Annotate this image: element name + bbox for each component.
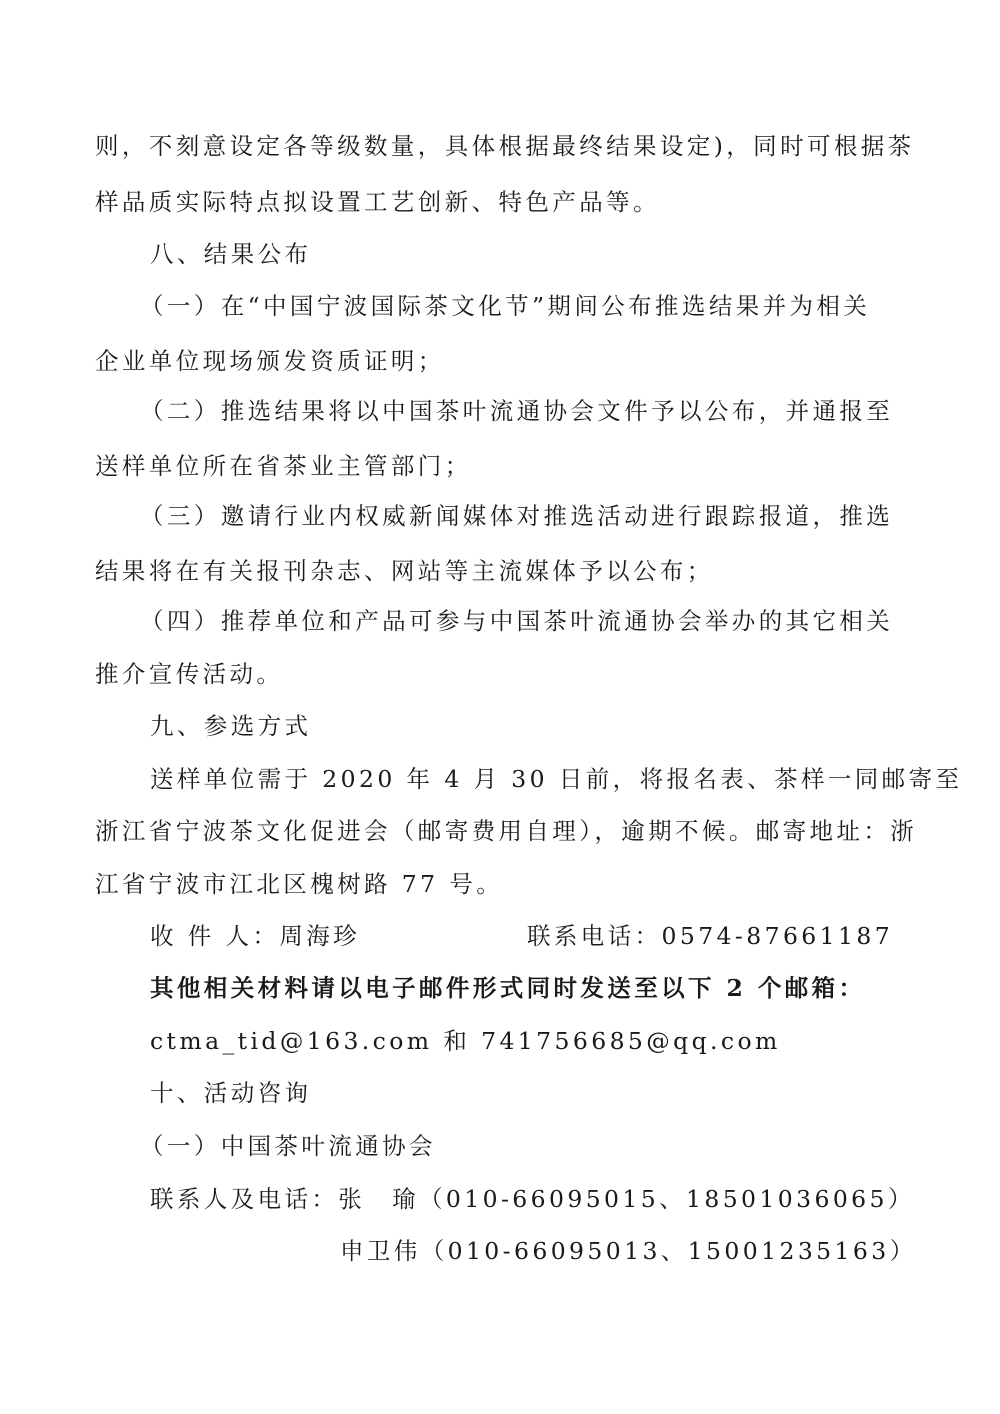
text-line: （二）推选结果将以中国茶叶流通协会文件予以公布，并通报至 <box>140 400 893 424</box>
text-line: （一）在“中国宁波国际茶文化节”期间公布推选结果并为相关 <box>140 295 870 319</box>
text-line: 结果将在有关报刊杂志、网站等主流媒体予以公布； <box>95 560 714 584</box>
text-line: （三）邀请行业内权威新闻媒体对推选活动进行跟踪报道，推选 <box>140 505 893 529</box>
text-line: 送样单位需于 2020 年 4 月 30 日前，将报名表、茶样一同邮寄至 <box>150 768 962 792</box>
text-line: 推介宣传活动。 <box>95 663 283 687</box>
text-line: 江省宁波市江北区槐树路 77 号。 <box>95 873 503 897</box>
text-line: 送样单位所在省茶业主管部门； <box>95 455 472 479</box>
text-line: 浙江省宁波茶文化促进会（邮寄费用自理），逾期不候。邮寄地址：浙 <box>95 820 917 844</box>
text-line: 样品质实际特点拟设置工艺创新、特色产品等。 <box>95 191 660 215</box>
text-line: 申卫伟（010-66095013、15001235163） <box>340 1240 916 1264</box>
text-line: （一）中国茶叶流通协会 <box>140 1135 436 1159</box>
text-line: 联系电话：0574-87661187 <box>527 925 893 949</box>
text-line: 九、参选方式 <box>150 715 311 739</box>
text-line: 八、结果公布 <box>150 243 311 267</box>
text-line: 联系人及电话：张 瑜（010-66095015、18501036065） <box>150 1188 915 1212</box>
text-line: 收 件 人：周海珍 <box>150 925 360 949</box>
text-line: （四）推荐单位和产品可参与中国茶叶流通协会举办的其它相关 <box>140 610 893 634</box>
text-line: 十、活动咨询 <box>150 1082 311 1106</box>
text-line: 其他相关材料请以电子邮件形式同时发送至以下 2 个邮箱： <box>150 977 865 1001</box>
text-line: 企业单位现场颁发资质证明； <box>95 350 445 374</box>
text-line: 则，不刻意设定各等级数量，具体根据最终结果设定)，同时可根据茶 <box>95 135 915 159</box>
text-line: ctma_tid@163.com 和 741756685@qq.com <box>150 1030 781 1054</box>
